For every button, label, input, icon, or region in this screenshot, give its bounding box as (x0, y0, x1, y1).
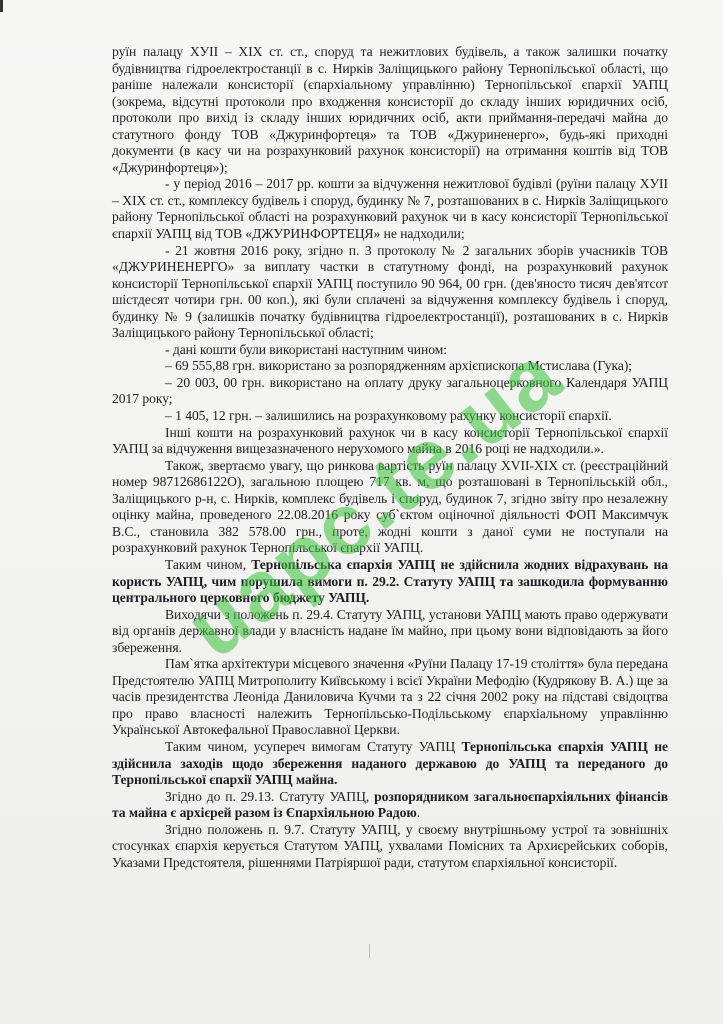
text-run: – 20 003, 00 грн. використано на оплату … (112, 375, 668, 407)
text-run: . (417, 805, 420, 820)
paragraph-p3: - 21 жовтня 2016 року, згідно п. 3 прото… (112, 243, 668, 342)
paragraph-p10: Таким чином, Тернопільська єпархія УАПЦ … (112, 557, 668, 607)
paragraph-p2: - у період 2016 – 2017 рр. кошти за відч… (112, 176, 668, 242)
paragraph-p8: Інші кошти на розрахунковий рахунок чи в… (112, 425, 668, 458)
paragraph-p7: – 1 405, 12 грн. – залишились на розраху… (112, 408, 668, 425)
paragraph-p13: Таким чином, усупереч вимогам Статуту УА… (112, 739, 668, 789)
paragraph-p9: Також, звертаємо увагу, що ринкова варті… (112, 458, 668, 557)
text-run: - дані кошти були використані наступним … (165, 342, 447, 357)
paragraph-p11: Виходячи з положень п. 29.4. Статуту УАП… (112, 607, 668, 657)
text-run: - у період 2016 – 2017 рр. кошти за відч… (112, 176, 668, 241)
scan-edge-mark (0, 0, 3, 12)
text-run: Таким чином, усупереч вимогам Статуту УА… (165, 739, 461, 754)
text-run: – 1 405, 12 грн. – залишились на розраху… (165, 408, 612, 423)
text-run: – 69 555,88 грн. використано за розпоряд… (165, 358, 632, 373)
text-run: - 21 жовтня 2016 року, згідно п. 3 прото… (112, 243, 668, 341)
text-run: Також, звертаємо увагу, що ринкова варті… (112, 458, 668, 556)
paragraph-p12: Пам`ятка архітектури місцевого значення … (112, 656, 668, 739)
paragraph-p15: Згідно положень п. 9.7. Статуту УАПЦ, у … (112, 822, 668, 872)
text-run: Згідно до п. 29.13. Статуту УАПЦ, (165, 789, 374, 804)
document-body: руїн палацу ХУІІ – ХІХ ст. ст., споруд т… (112, 44, 668, 871)
paragraph-p1: руїн палацу ХУІІ – ХІХ ст. ст., споруд т… (112, 44, 668, 176)
paragraph-p5: – 69 555,88 грн. використано за розпоряд… (112, 358, 668, 375)
scanned-page: руїн палацу ХУІІ – ХІХ ст. ст., споруд т… (0, 0, 723, 1024)
paragraph-p4: - дані кошти були використані наступним … (112, 342, 668, 359)
text-run: Пам`ятка архітектури місцевого значення … (112, 656, 668, 737)
text-run: Таким чином, (165, 557, 251, 572)
text-run: Виходячи з положень п. 29.4. Статуту УАП… (112, 607, 668, 655)
text-run: Інші кошти на розрахунковий рахунок чи в… (112, 425, 668, 457)
scan-artifact (369, 944, 370, 958)
paragraph-p6: – 20 003, 00 грн. використано на оплату … (112, 375, 668, 408)
paragraph-p14: Згідно до п. 29.13. Статуту УАПЦ, розпор… (112, 789, 668, 822)
text-run: руїн палацу ХУІІ – ХІХ ст. ст., споруд т… (112, 44, 668, 175)
text-run: Згідно положень п. 9.7. Статуту УАПЦ, у … (112, 822, 668, 870)
